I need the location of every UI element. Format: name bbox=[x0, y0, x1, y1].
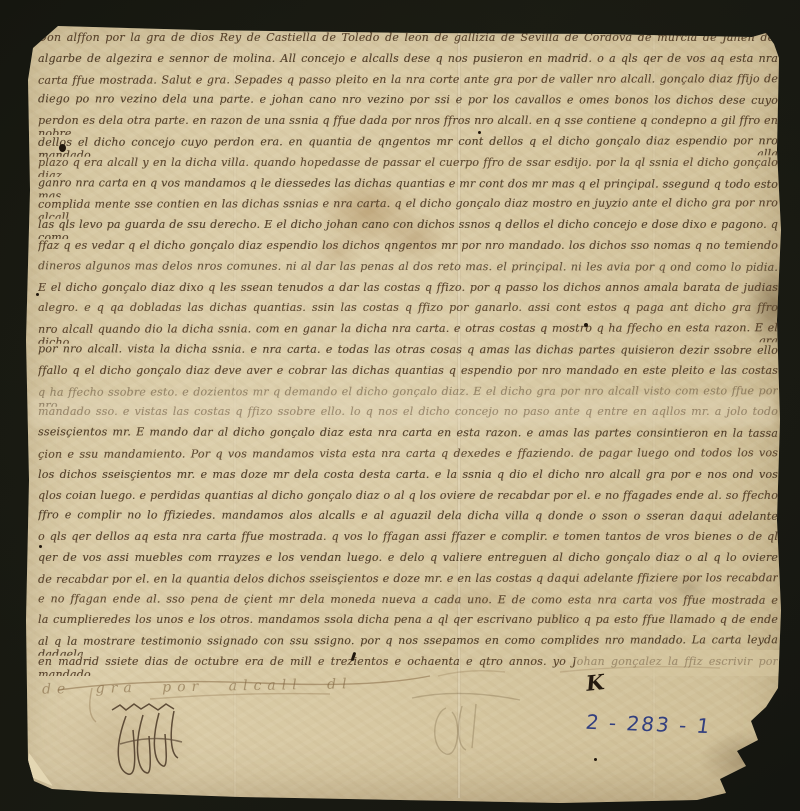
archival-number: 2 - 283 - 1 bbox=[584, 710, 713, 738]
pen-flourishes bbox=[0, 0, 800, 811]
ink-blot bbox=[59, 144, 66, 152]
ink-speck bbox=[39, 545, 42, 548]
scribe-mark: K bbox=[585, 669, 606, 696]
faint-rubric-flourish bbox=[412, 693, 520, 754]
ink-speck bbox=[594, 758, 597, 761]
notary-rubric-flourish bbox=[112, 704, 182, 774]
ink-speck bbox=[478, 131, 481, 134]
parchment: Don alffon por la gra de dios Rey de Cas… bbox=[0, 0, 800, 811]
manuscript-photo: Don alffon por la gra de dios Rey de Cas… bbox=[0, 0, 800, 811]
ink-speck bbox=[36, 293, 39, 296]
ink-speck bbox=[584, 323, 588, 327]
